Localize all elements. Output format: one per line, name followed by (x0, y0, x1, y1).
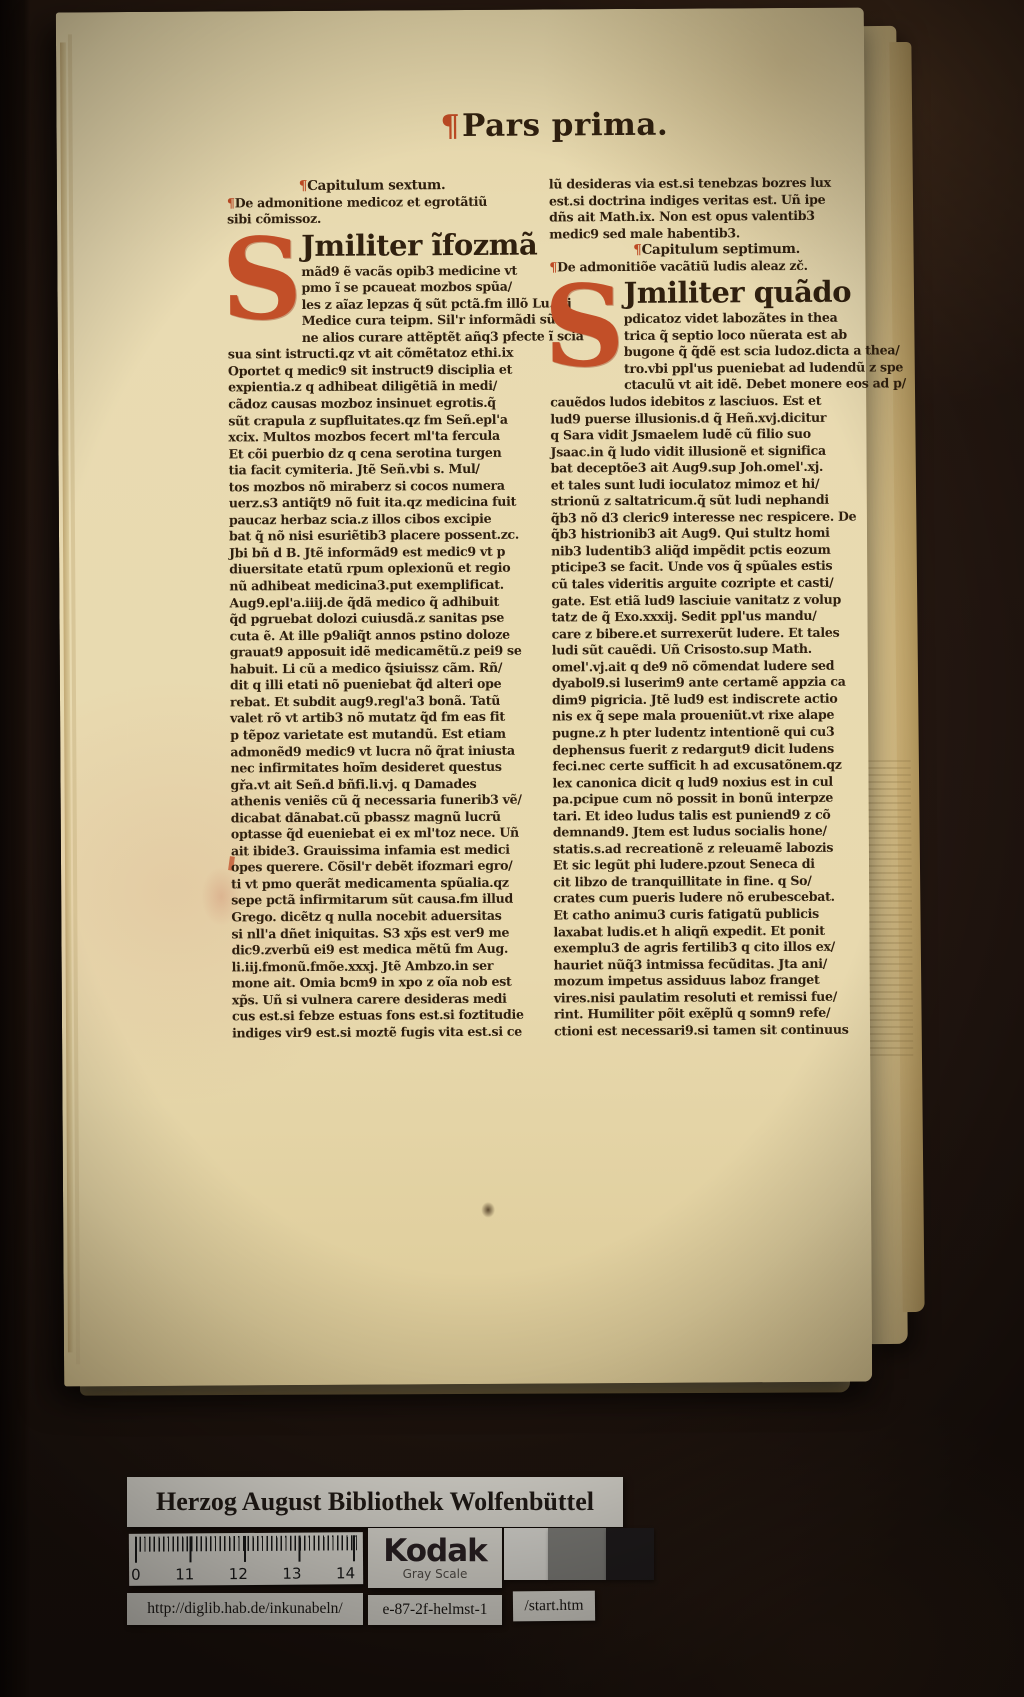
photo-vignette (0, 0, 1024, 1697)
